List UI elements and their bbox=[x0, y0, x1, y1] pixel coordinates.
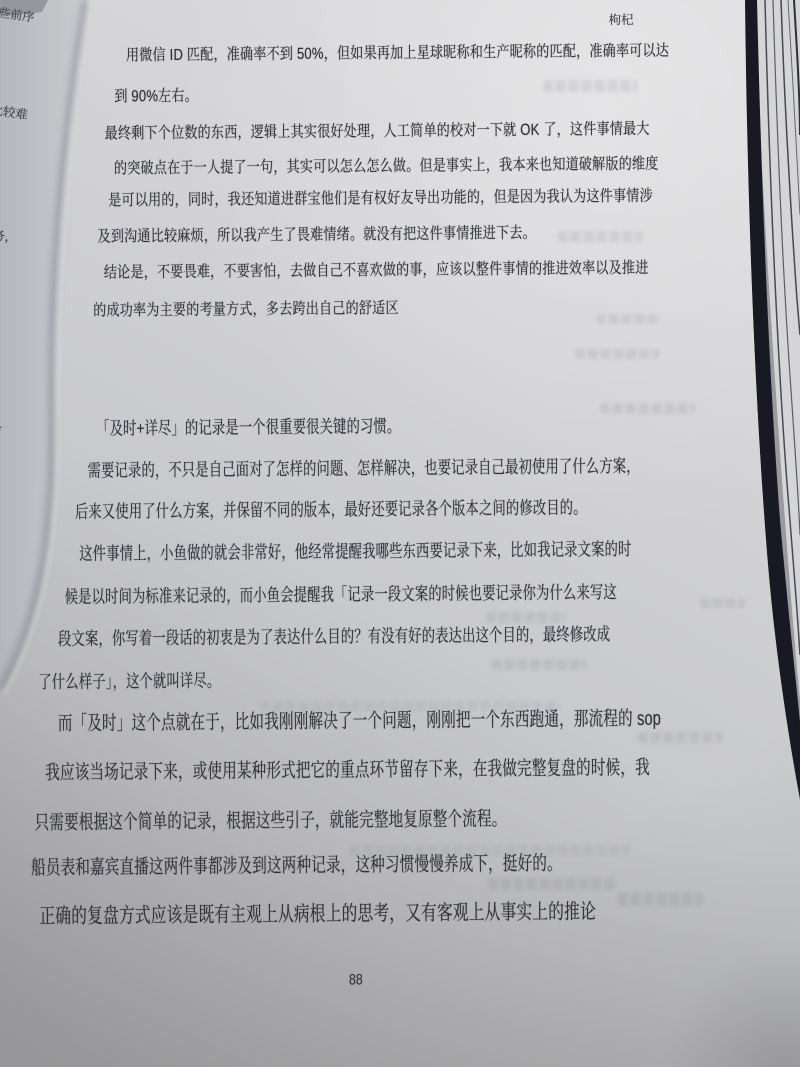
doc-line: 只需要根据这个简单的记录，根据这些引子，就能完整地复原整个流程。 bbox=[35, 808, 507, 835]
doc-line: 到 90%左右。 bbox=[114, 88, 198, 107]
page-text: 枸杞 用微信 ID 匹配，准确率不到 50%，但如果再加上星球昵称和生产昵称的匹… bbox=[0, 0, 800, 1067]
doc-line: 需要记录的，不只是自己面对了怎样的问题、怎样解决，也要记录自己最初使用了什么方案… bbox=[87, 456, 639, 482]
doc-line: 我应该当场记录下来，或使用某种形式把它的重点环节留存下来，在我做完整复盘的时候，… bbox=[45, 757, 650, 785]
doc-line: 及到沟通比较麻烦，所以我产生了畏难情绪。就没有把这件事情推进下去。 bbox=[97, 225, 536, 247]
doc-line: 候是以时间为标准来记录的，而小鱼会提醒我「记录一段文案的时候也要记录你为什么来写… bbox=[65, 582, 617, 608]
doc-line: 船员表和嘉宾直播这两件事都涉及到这两种记录，这种习惯慢慢养成下，挺好的。 bbox=[31, 853, 562, 881]
doc-line: 用微信 ID 匹配，准确率不到 50%，但如果再加上星球昵称和生产昵称的匹配，准… bbox=[126, 43, 669, 66]
doc-line: 了什么样子」，这个就叫详尽。 bbox=[38, 671, 220, 693]
doc-line: 的成功率为主要的考量方式，多去跨出自己的舒适区 bbox=[93, 300, 399, 321]
doc-line: 后来又使用了什么方案，并保留不同的版本，最好还要记录各个版本之间的修改目的。 bbox=[75, 497, 587, 522]
doc-line: 而「及时」这个点就在于，比如我刚刚解决了一个问题，刚刚把一个东西跑通，那流程的 … bbox=[58, 708, 661, 736]
doc-line: 这件事情上，小鱼做的就会非常好，他经常提醒我哪些东西要记录下来，比如我记录文案的… bbox=[79, 539, 631, 565]
doc-line: 「及时+详尽」的记录是一个很重要很关键的习惯。 bbox=[96, 416, 400, 439]
photographed-document-page: 哪些前序 比较难 务， 商 于 枸杞 用微信 ID 匹配，准确率不到 50%，但… bbox=[0, 0, 800, 1067]
doc-line: 段文案，你写着一段话的初衷是为了表达什么目的？有没有好的表达出这个目的，最终修改… bbox=[58, 624, 610, 650]
doc-line: 最终剩下个位数的东西，逻辑上其实很好处理，人工简单的校对一下就 OK 了，这件事… bbox=[105, 121, 650, 144]
doc-line: 是可以用的，同时，我还知道进群宝他们是有权好友导出功能的，但是因为我认为这件事情… bbox=[108, 188, 653, 211]
running-header: 枸杞 bbox=[609, 10, 634, 28]
doc-line: 结论是，不要畏难，不要害怕，去做自己不喜欢做的事，应该以整件事情的推进效率以及推… bbox=[104, 260, 649, 283]
doc-line: 的突破点在于一人提了一句，其实可以怎么怎么做。但是事实上，我本来也知道破解版的维… bbox=[114, 156, 659, 179]
doc-line: 正确的复盘方式应该是既有主观上从病根上的思考，又有客观上从事实上的推论 bbox=[39, 900, 596, 929]
page-number: 88 bbox=[349, 971, 363, 988]
